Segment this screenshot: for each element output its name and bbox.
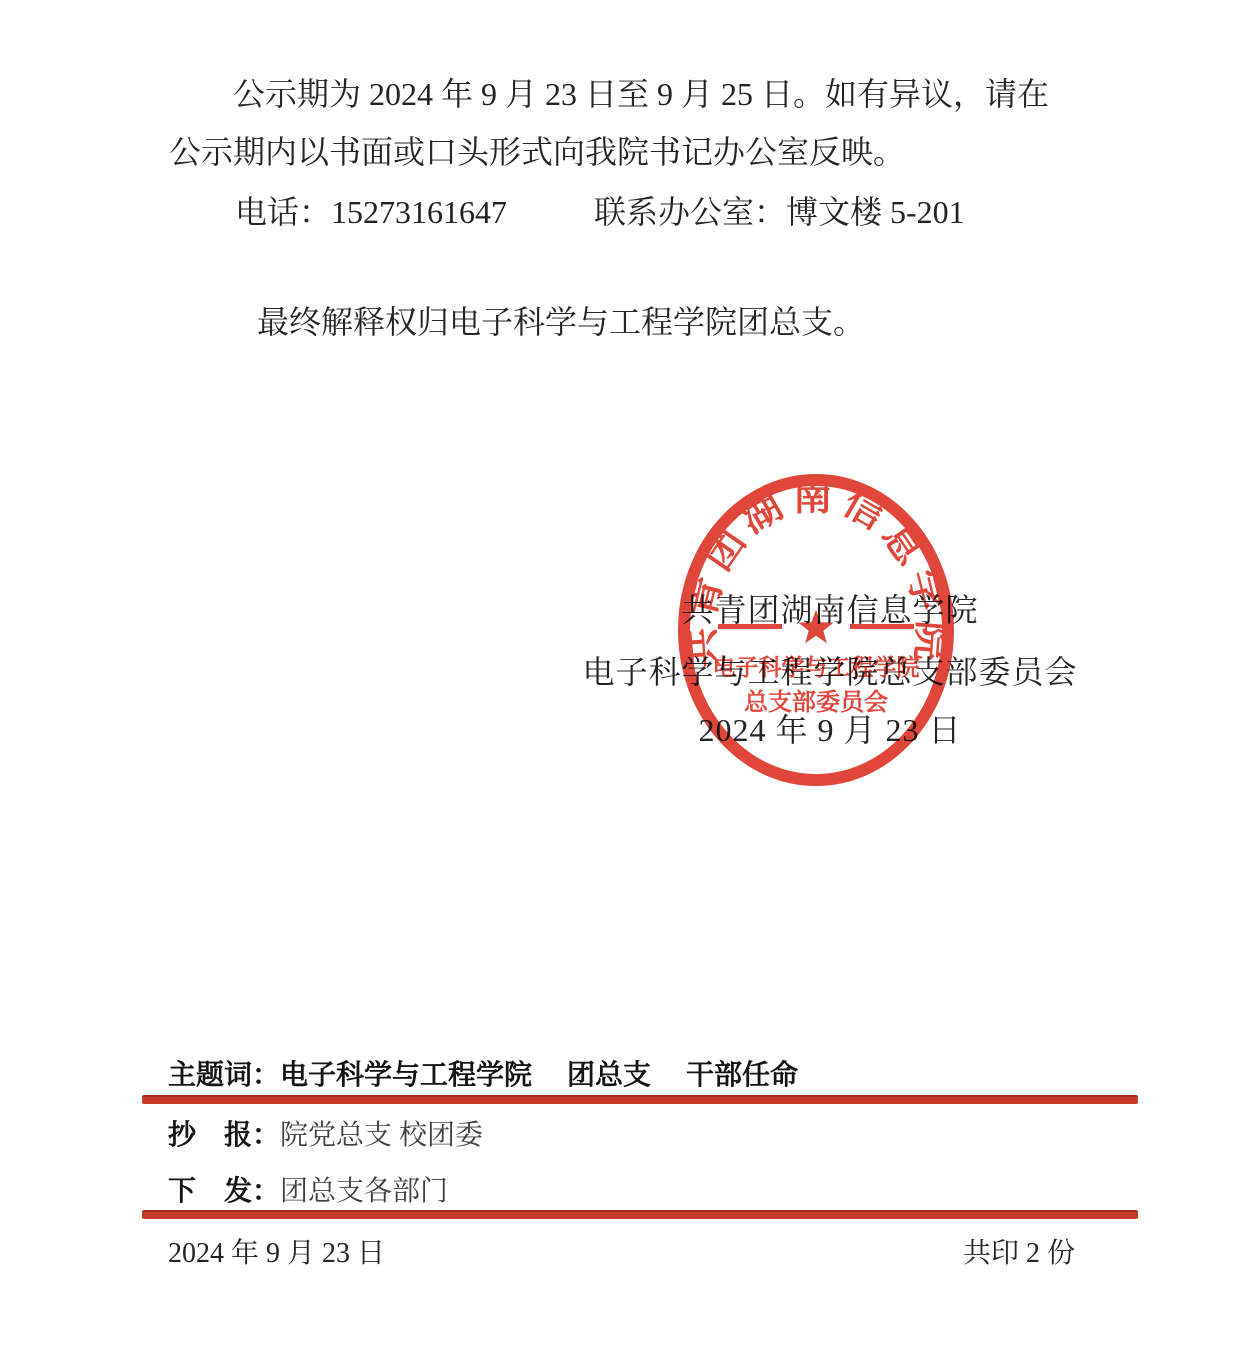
document-page: 公示期为 2024 年 9 月 23 日至 9 月 25 日。如有异议，请在 公…	[0, 0, 1236, 1345]
interpretation-note: 最终解释权归电子科学与工程学院团总支。	[257, 302, 865, 342]
contact-office: 联系办公室：博文楼 5-201	[594, 192, 965, 232]
seal-right-dash	[850, 624, 914, 629]
seal-arc-text: 共青团湖南信息学院	[677, 474, 956, 670]
cc-label: 抄 报：	[168, 1120, 280, 1151]
cc-row: 抄 报：院党总支 校团委	[168, 1122, 483, 1150]
issue-row: 下 发：团总支各部门	[168, 1178, 448, 1206]
subject-value: 电子科学与工程学院 团总支 干部任命	[280, 1060, 798, 1091]
seal-center-line1: 电子科学与工程学院	[713, 654, 920, 680]
subject-label: 主题词：	[168, 1060, 280, 1091]
issue-label: 下 发：	[168, 1176, 280, 1207]
divider-rule-bottom	[142, 1210, 1138, 1219]
cc-value: 院党总支 校团委	[280, 1120, 483, 1151]
footer-print-count: 共印 2 份	[963, 1240, 1075, 1268]
divider-rule-top	[142, 1095, 1138, 1104]
seal-left-dash	[718, 624, 782, 629]
subject-row: 主题词：电子科学与工程学院 团总支 干部任命	[168, 1062, 798, 1090]
star-icon	[798, 610, 833, 643]
notice-paragraph-line2: 公示期内以书面或口头形式向我院书记办公室反映。	[169, 132, 905, 172]
notice-paragraph-line1: 公示期为 2024 年 9 月 23 日至 9 月 25 日。如有异议，请在	[233, 74, 1049, 114]
footer-date: 2024 年 9 月 23 日	[168, 1240, 385, 1268]
seal-arc-text-holder: 共青团湖南信息学院	[677, 474, 956, 670]
phone-number: 电话：15273161647	[235, 192, 507, 232]
official-seal-stamp: 共青团湖南信息学院 电子科学与工程学院 总支部委员会	[676, 471, 958, 791]
issue-value: 团总支各部门	[280, 1176, 448, 1207]
seal-center-line2: 总支部委员会	[744, 688, 888, 716]
seal-graphic: 共青团湖南信息学院 电子科学与工程学院 总支部委员会	[676, 471, 958, 791]
